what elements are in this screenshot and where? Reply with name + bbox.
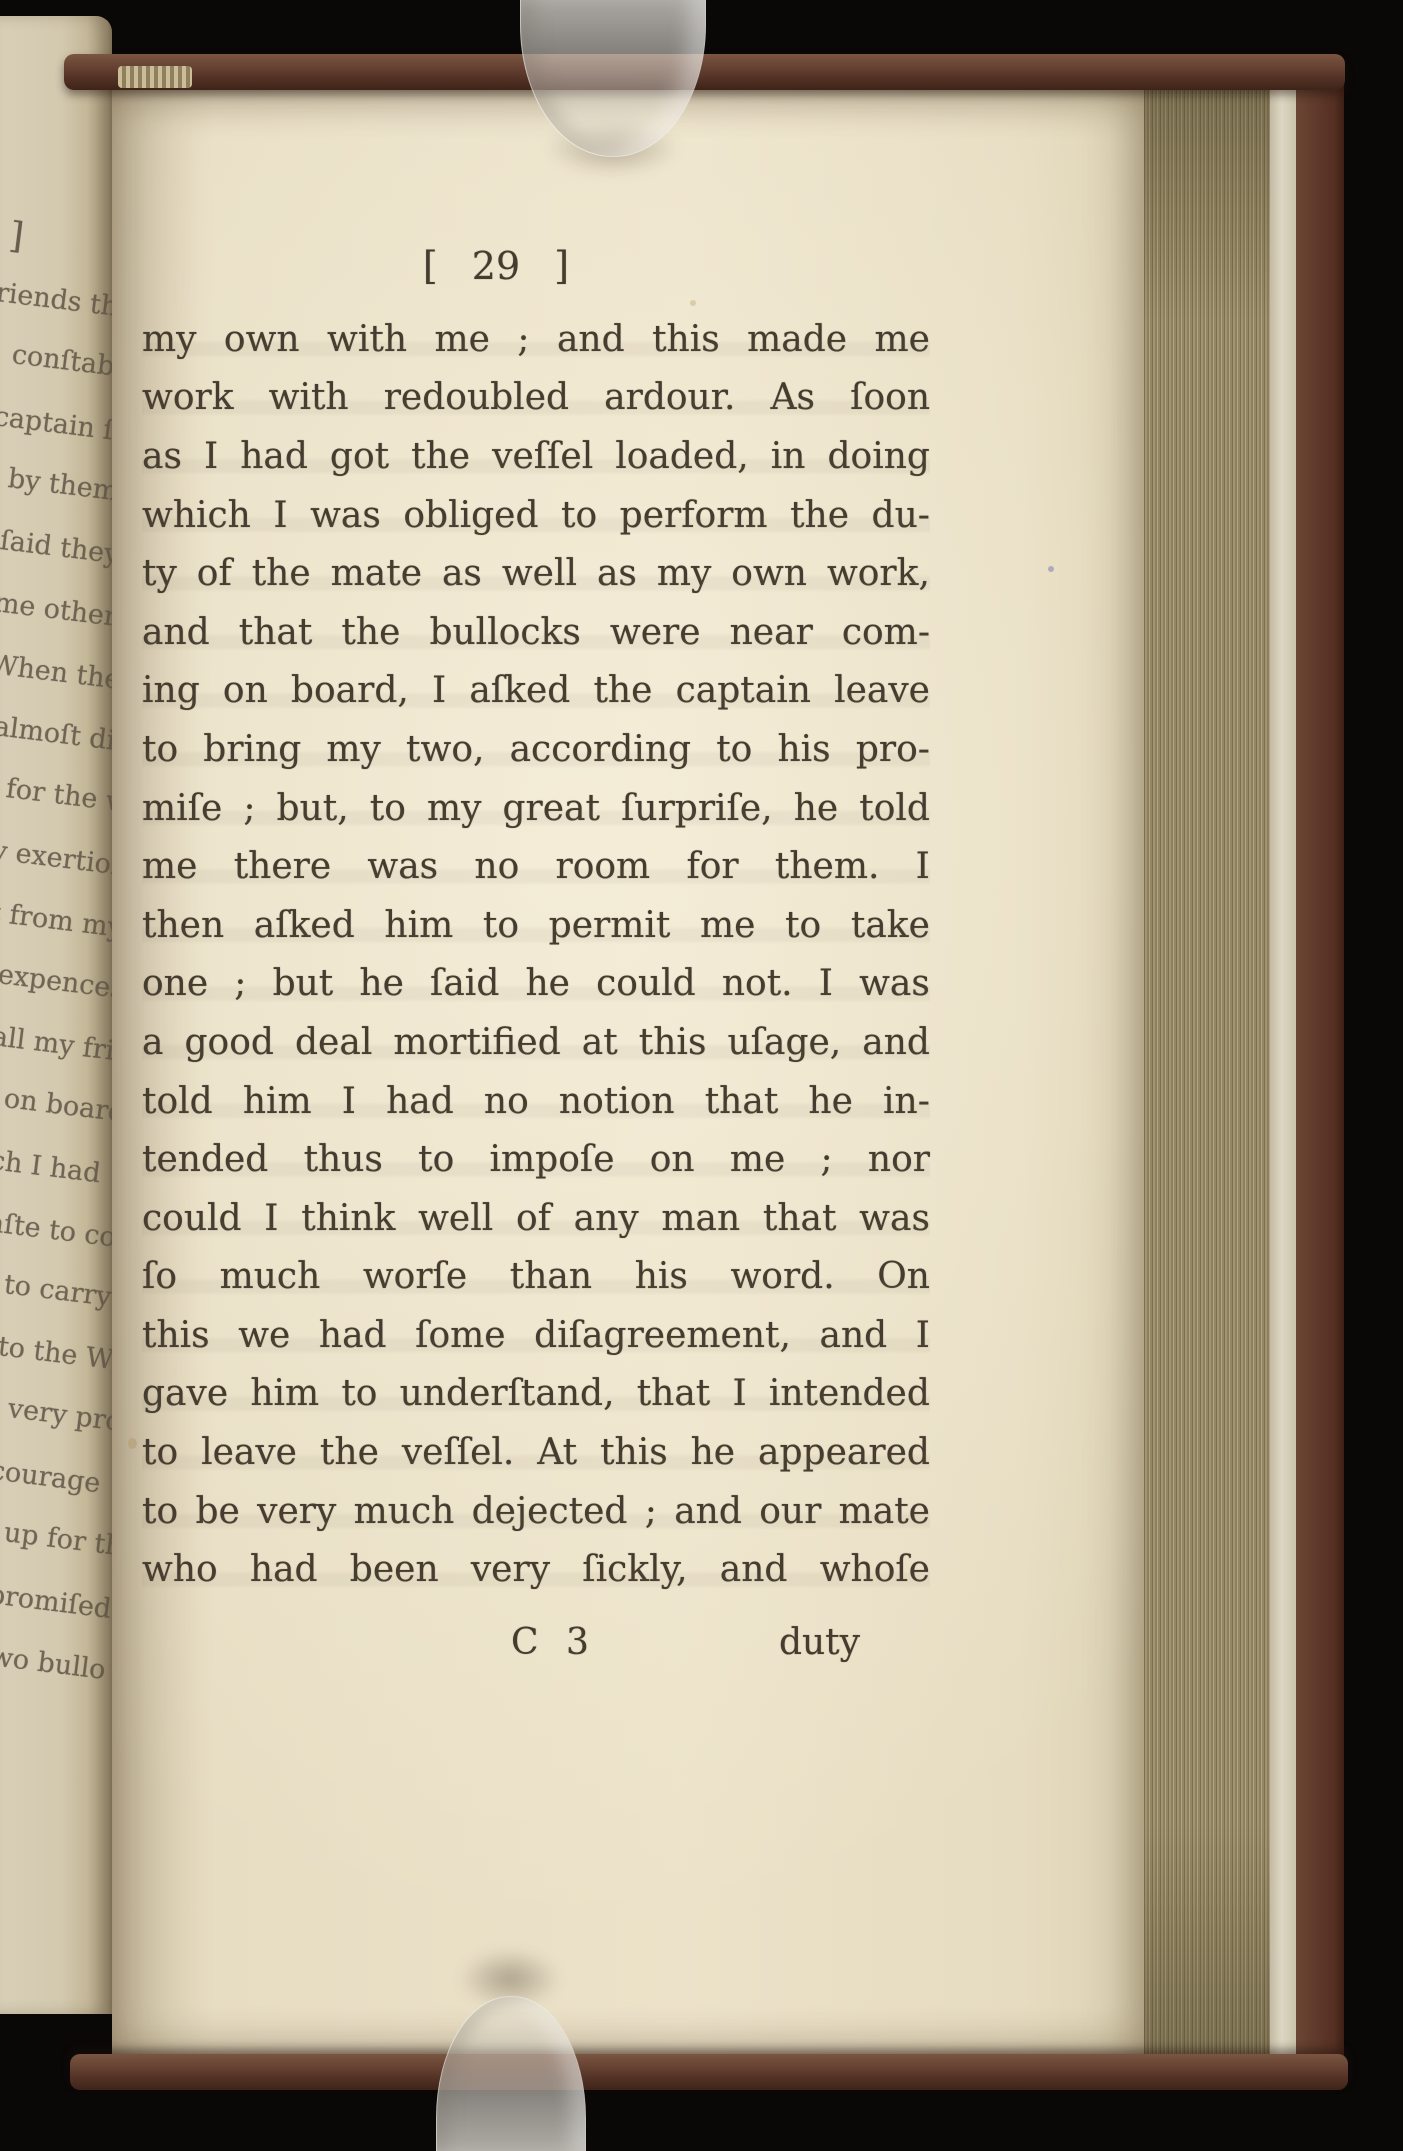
text-line: thenaſkedhimtopermitmetotake xyxy=(142,896,930,955)
facing-page-fragment: t from my xyxy=(0,897,112,944)
text-line: gavehimtounderſtand,thatIintended xyxy=(142,1365,930,1424)
facing-page-fragment: very pro xyxy=(6,1393,112,1438)
leather-cover-top-edge xyxy=(64,54,1345,90)
facing-page-fragment: expences t xyxy=(0,959,112,1008)
text-line: asIhadgottheveſſelloaded,indoing xyxy=(142,427,930,486)
text-block: myownwithme;andthismademeworkwithredoubl… xyxy=(142,310,930,1600)
facing-page-fragment: courage xyxy=(0,1455,102,1499)
text-line: whichIwasobligedtoperformthedu- xyxy=(142,486,930,545)
facing-page-fragment: riends then a xyxy=(0,277,112,330)
text-line: couldIthinkwellofanymanthatwas xyxy=(142,1189,930,1248)
facing-page-fragment: up for th xyxy=(2,1517,112,1562)
text-line: tendedthustoimpoſeonme;nor xyxy=(142,1130,930,1189)
text-line: tyofthemateaswellasmyownwork, xyxy=(142,544,930,603)
signature-mark: C 3 xyxy=(511,1622,589,1663)
foxing-spot xyxy=(128,1438,137,1449)
paper-fiber xyxy=(1048,566,1054,572)
text-line: andthatthebullockswerenearcom- xyxy=(142,603,930,662)
facing-page-fragment: aſte to co xyxy=(0,1207,112,1253)
facing-page-fragment: on board xyxy=(2,1083,112,1129)
text-line: tobringmytwo,accordingtohispro- xyxy=(142,720,930,779)
headband xyxy=(118,66,192,88)
page-footer: C 3 duty xyxy=(142,1622,930,1682)
facing-page-fragment: me other xyxy=(0,587,112,633)
book-photograph: ]riends then aconſtable'scaptain ſaidby … xyxy=(0,0,1403,2151)
facing-page-fragment: y exertion xyxy=(0,835,112,882)
facing-page-edge: ]riends then aconſtable'scaptain ſaidby … xyxy=(0,16,112,2014)
text-line: myownwithme;andthismademe xyxy=(142,310,930,369)
facing-page-fragment: promiſed xyxy=(0,1579,112,1625)
facing-page-fragment: for the w xyxy=(4,773,112,819)
text-line: toldhimIhadnonotionthathein- xyxy=(142,1072,930,1131)
facing-page-fragment: ] xyxy=(7,215,26,257)
text-line: one;butheſaidhecouldnot.Iwas xyxy=(142,955,930,1014)
text-line: agooddealmortifiedatthisuſage,and xyxy=(142,1013,930,1072)
leather-cover-bottom-edge xyxy=(70,2054,1348,2090)
page-number-header: [ 29 ] xyxy=(102,244,890,288)
facing-page-fragment: ch I had xyxy=(0,1145,102,1189)
text-line: tobeverymuchdejected;andourmate xyxy=(142,1482,930,1541)
page-fore-edge xyxy=(1144,88,1270,2060)
text-line: miſe;but,tomygreatſurpriſe,hetold xyxy=(142,779,930,838)
facing-page-fragment: captain ſaid xyxy=(0,401,112,452)
text-line: metherewasnoroomforthem.I xyxy=(142,837,930,896)
text-line: whohadbeenveryſickly,andwhoſe xyxy=(142,1540,930,1599)
facing-page-fragment: almoſt diſt xyxy=(0,711,112,759)
text-line: ingonboard,Iaſkedthecaptainleave xyxy=(142,662,930,721)
facing-page-fragment: by them to xyxy=(6,463,112,512)
foxing-spot xyxy=(690,300,696,306)
text-line: toleavetheveſſel.Atthisheappeared xyxy=(142,1423,930,1482)
facing-page-fragment: wo bullo xyxy=(0,1641,107,1686)
page-edge-sliver xyxy=(1270,90,1296,2058)
facing-page-fragment: to carry xyxy=(2,1269,112,1313)
text-line: thiswehadſomediſagreement,andI xyxy=(142,1306,930,1365)
facing-page-fragment: to the W xyxy=(0,1331,112,1376)
text-line: workwithredoubledardour.Asſoon xyxy=(142,369,930,428)
facing-page-fragment: conſtable's xyxy=(10,339,112,388)
leather-cover-right-edge xyxy=(1296,60,1344,2088)
facing-page-fragment: all my frie xyxy=(0,1021,112,1069)
facing-page-fragment: ſaid they w xyxy=(0,525,112,574)
text-line: ſomuchworſethanhisword.On xyxy=(142,1248,930,1307)
facing-page-fragment: When the c xyxy=(0,649,112,699)
catchword: duty xyxy=(779,1622,860,1663)
